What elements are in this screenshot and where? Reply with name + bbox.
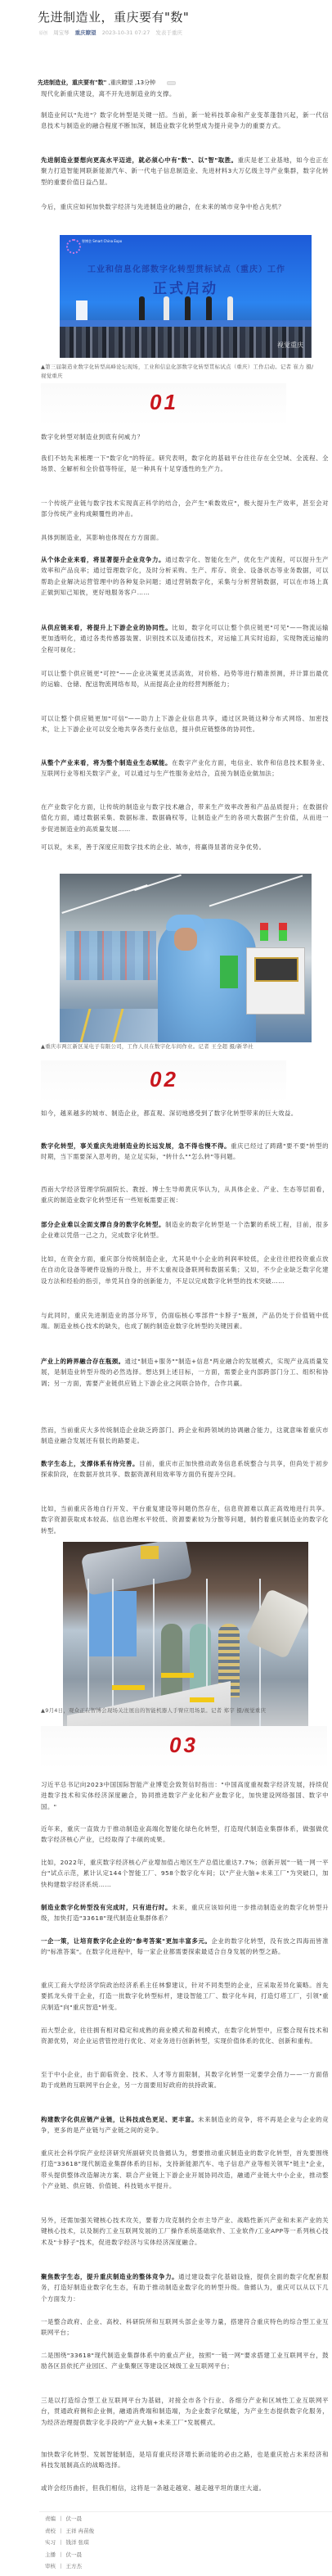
- audience: [60, 327, 312, 358]
- summary-title: 先进制造业，重庆要有"数": [38, 79, 106, 86]
- section3-paragraph: 制造业数字化转型没有完成时，只有进行时。未来，重庆应该如何进一步推动制造业的数字…: [41, 1902, 329, 1924]
- section-number-text: 01: [150, 390, 178, 415]
- section3-paragraph: 习近平总书记向2023中国国际智能产业博览会致贺信时指出："中国高度重视数字经济…: [41, 1779, 329, 1812]
- banner-line-2: 正式启动: [60, 277, 312, 297]
- section-number-01: 01: [41, 383, 286, 426]
- robot-gripper: [141, 1546, 159, 1559]
- expo-logo-icon: [66, 239, 81, 254]
- section1-paragraph: 从供应链来看，将提升上下游企业的协同性。比如，数字化可以让整个供应链更"可见"—…: [41, 622, 329, 655]
- section-number-text: 02: [150, 1067, 178, 1092]
- section1-paragraph: 可以让整个供应链更加"可信"——助力上下游企业信息共享，通过区块链这种分布式网络…: [41, 713, 329, 735]
- section3-paragraph: 近年来，重庆一直致力于推动制造业高端化智能化绿色化转型，打造现代制造业集群体系，…: [41, 1824, 329, 1846]
- intro-paragraph: 制造业何以"先进"？数字化转型是关键一招。当前，新一轮科技革命和产业变革蓬勃兴起…: [41, 110, 329, 132]
- section-number-03: 03: [41, 1726, 327, 1769]
- collapse-toggle-icon[interactable]: [167, 81, 176, 85]
- credit-line: 责编丨伏一晨: [45, 2513, 94, 2525]
- section2-paragraph: 数字生态上，支撑体系有待完善。目前，重庆市正加快推动政务信息系统整合与共享，但尚…: [41, 1458, 329, 1480]
- section2-paragraph: 产业上的跨界融合存在瓶颈。通过"制造+服务""制造+信息"两业融合的发展模式，实…: [41, 1356, 329, 1389]
- section2-paragraph: 与此同时，重庆先进制造业的部分环节，仍面临核心零部件"卡脖子"瓶颈，产品仍处于价…: [41, 1310, 329, 1332]
- section1-paragraph: 我们不妨先来梳理一下"数字化"的特征。研究表明，数字化的基础平台往往存在全空域、…: [41, 453, 329, 475]
- section1-paragraph: 从个体企业来看，将显著提升企业竞争力。通过数字化、智能化生产，优化生产流程，可以…: [41, 554, 329, 599]
- factory-worker-photo: [60, 874, 312, 1042]
- credit-line: 审核丨王方杰: [45, 2560, 94, 2573]
- section3-paragraph: 另外，还需加强关键核心技术攻关，要着力攻克制约全市主导产业、战略性新兴产业和未来…: [41, 2215, 329, 2248]
- footer-divider: [39, 2511, 332, 2512]
- section3-paragraph: 或许会经历曲折，但我们相信，这将是一条越走越宽、越走越平坦的康庄大道。: [41, 2483, 329, 2493]
- person: [185, 296, 191, 321]
- visitor: [161, 1624, 182, 1697]
- article-title: 先进制造业，重庆要有"数": [38, 8, 189, 25]
- section1-paragraph: 一个传统产业链与数字技术实现真正科学的结合，会产生"乘数效应"，极大提升生产效率…: [41, 498, 329, 520]
- credits: 责编丨伏一晨 责校丨王祥 冉苗俊 实习丨钱洋 张琪 主播丨伏一晨 审核丨王方杰: [45, 2513, 94, 2573]
- photo-caption: ▲第三届制造业数字化转型高峰论坛现场，工业和信息化部数字化转型贯标试点（重庆）工…: [41, 363, 319, 380]
- worker-face: [174, 928, 197, 951]
- original-tag: 原创: [39, 31, 47, 36]
- photo-caption: ▲重庆市两江新区某电子有限公司，工作人员在数字化车间作业。记者 王全超 摄/新华…: [41, 1042, 319, 1051]
- section1-paragraph: 数字化转型对制造业到底有何威力？: [41, 432, 329, 442]
- intro-paragraph: 现代化新重庆建设，离不开先进制造业的支撑。: [41, 88, 329, 99]
- section2-paragraph: 比如，当前重庆各地自行开发、平台重复建设等问题仍然存在，信息资源难以真正高效地进…: [41, 1503, 329, 1536]
- podium: [76, 301, 87, 320]
- section2-paragraph: 数字化转型，事关重庆先进制造业的长远发展，急不得也慢不得。重庆已经过了踌躇"要不…: [41, 1141, 329, 1163]
- green-cabinet: [220, 956, 238, 988]
- section-number-text: 03: [169, 1733, 198, 1758]
- person: [164, 296, 169, 321]
- article-page: 先进制造业，重庆要有"数" 原创 周宝琴 重庆瞭望 2023-10-31 07:…: [0, 0, 332, 2576]
- section3-paragraph: 重庆工商大学经济学院政治经济系系主任林黎建议，针对不同类型的企业，应采取差异化策…: [41, 1980, 329, 2013]
- section3-paragraph: 构建数字化供应链产业链，让科技成色更足、更丰富。未来制造业的竞争，将不再是企业与…: [41, 2114, 329, 2136]
- summary-source: ,重庆瞭望 ,13分钟: [106, 79, 155, 86]
- section1-paragraph: 具体到制造业，其影响也体现在方方面面。: [41, 532, 329, 543]
- robot-arm-right: [245, 1589, 308, 1660]
- person: [227, 296, 233, 321]
- section3-paragraph: 至于中小企业，由于面临资金、技术、人才等方面限制，其数字化转型一定要学会借力——…: [41, 2069, 329, 2091]
- section2-paragraph: 然而，当前重庆大多传统制造企业缺乏跨部门、跨企业和跨领域的协调融合能力，这就意味…: [41, 1425, 329, 1447]
- robot-arm: [81, 1542, 193, 1596]
- stage: [60, 320, 312, 327]
- account-link[interactable]: 重庆瞭望: [75, 29, 96, 36]
- credit-line: 实习丨钱洋 张琪: [45, 2537, 94, 2549]
- credit-line: 主播丨伏一晨: [45, 2549, 94, 2561]
- photo-watermark: 视觉重庆: [277, 341, 303, 350]
- article-meta: 原创 周宝琴 重庆瞭望 2023-10-31 07:27 发表于重庆: [39, 29, 186, 36]
- intro-paragraph: 先进制造业要想向更高水平迈进，就必须心中有"数"、以"智"取胜。重庆是老工业基地…: [41, 155, 329, 188]
- launch-ceremony-photo: 智博会 Smart China Expo 工业和信息化部数字化转型贯标试点（重庆…: [60, 235, 312, 358]
- person: [139, 296, 145, 321]
- section3-paragraph: 三是以打造综合型工业互联网平台为基础，对接全市各个行业、各细分产业和区域性工业互…: [41, 2395, 329, 2428]
- person: [206, 296, 212, 321]
- section1-paragraph: 可以让整个供应链更"可控"——企业决策更灵活高效，对价格、趋势等进行精准预测，并…: [41, 668, 329, 690]
- section1-paragraph: 在产业数字化方面，让传统的制造业与数字技术融合，带来生产效率改善和产品品质提升；…: [41, 802, 329, 834]
- photo-caption: ▲9月4日，观众正在智博会现场关注展出的智能机器人手臂应用场景。记者 郑宇 摄/…: [41, 1706, 319, 1715]
- publish-location: 发表于重庆: [155, 29, 182, 36]
- banner-line-1: 工业和信息化部数字化转型贯标试点（重庆）工作: [68, 262, 305, 274]
- signal-lamp: [279, 923, 287, 941]
- section2-paragraph: 比如，在资金方面，重庆部分传统制造企业，尤其是中小企业的利润率较低，企业往往把投…: [41, 1254, 329, 1286]
- floor: [60, 1009, 158, 1042]
- section3-paragraph: 聚焦数字生态，提升重庆制造业的整体竞争力。通过建设数字化基础设施，提供全面的数字…: [41, 2271, 329, 2304]
- expo-logo-text: 智博会 Smart China Expo: [82, 240, 122, 244]
- section3-paragraph: 加快数字化转型、发展智能制造，是培育重庆经济增长新动能的必由之路，也是重庆抢占未…: [41, 2449, 329, 2471]
- section3-paragraph: 一企一策，让培育数字化企业的"参考答案"更加丰富多元。企业的数字化转型，没有放之…: [41, 1936, 329, 1958]
- worker: [158, 919, 256, 1042]
- workers-background: [66, 931, 156, 980]
- section-number-02: 02: [41, 1060, 286, 1103]
- section3-paragraph: 重庆社会科学院产业经济研究所副研究员詹懿认为，想要推动重庆制造业的数字化转型，首…: [41, 2148, 329, 2192]
- author-name: 周宝琴: [53, 29, 70, 36]
- section2-paragraph: 部分企业难以全面支撑自身的数字化转型。制造业的数字化转型是一个浩繁的系统工程，目…: [41, 1219, 329, 1241]
- section2-paragraph: 西南大学经济管理学院副院长、教授、博士生导师黄庆华认为，从具体企业、产业、生态等…: [41, 1184, 329, 1206]
- section2-paragraph: 如今，越来越多的城市、制造企业，都直观、深切地感受到了数字化转型带来的巨大效益。: [41, 1108, 329, 1119]
- publish-datetime: 2023-10-31 07:27: [102, 29, 150, 36]
- section3-paragraph: 一是整合政府、企业、高校、科研院所和互联网头部企业等力量，搭建符合重庆特色的综合…: [41, 2316, 329, 2339]
- credit-line: 责校丨王祥 冉苗俊: [45, 2525, 94, 2538]
- section1-paragraph: 从整个产业来看，将为整个制造业生态赋能。在数字产业化方面，电信业、软件和信息技术…: [41, 757, 329, 780]
- signal-lamp: [260, 923, 268, 941]
- article-summary: 先进制造业，重庆要有"数" ,重庆瞭望 ,13分钟: [38, 79, 176, 87]
- section3-paragraph: 比如，2022年，重庆数字经济核心产业增加值占地区生产总值比重达7.7%；创新开…: [41, 1857, 329, 1890]
- section1-paragraph: 可以说，未来，善于深度应用数字技术的企业、城市，将赢得显著的竞争优势。: [41, 842, 329, 852]
- section3-paragraph: 二是围绕"33618"现代制造业集群体系中的重点产业，按照"一链一网"要求搭建工…: [41, 2350, 329, 2372]
- panel-screen: [254, 957, 298, 982]
- section3-paragraph: 而大型企业，往往拥有相对稳定和成熟的商业模式和盈利模式，在数字化转型中，应整合现…: [41, 2025, 329, 2047]
- intro-paragraph: 今后，重庆应如何加快数字经济与先进制造业的融合，在未来的城市竞争中抢占先机？: [41, 201, 329, 212]
